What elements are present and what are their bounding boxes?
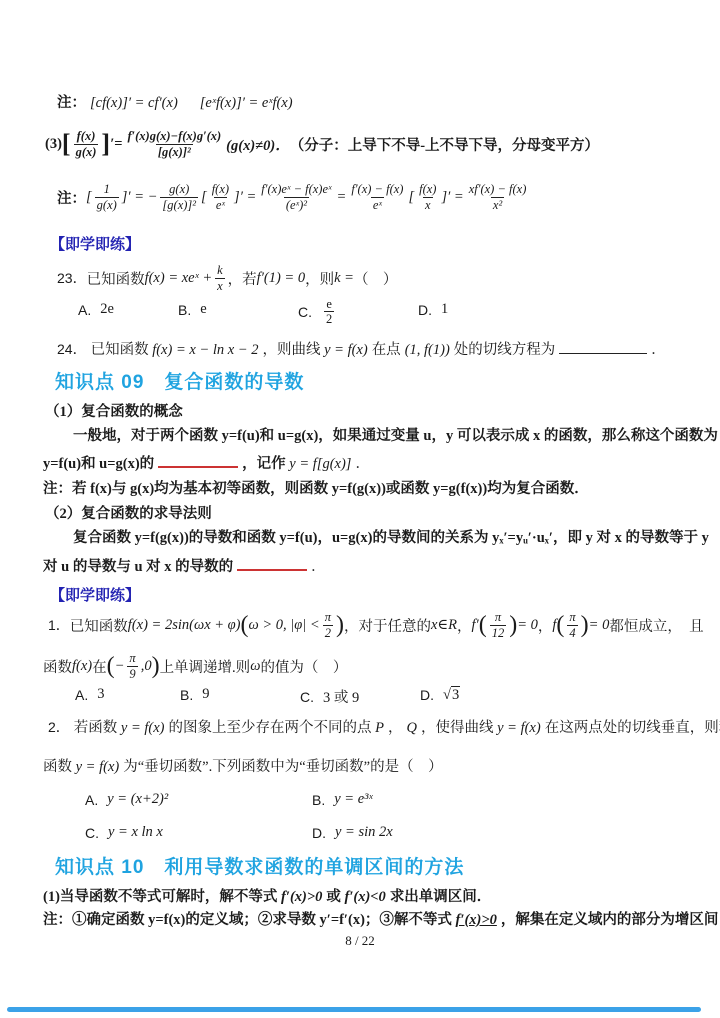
- kp09-subheading-1: （1）复合函数的概念: [45, 400, 183, 421]
- option-label: B.: [180, 687, 193, 703]
- option-c: C. 3 或 9: [300, 686, 359, 707]
- mnemonic-remark: （分子：上导下不导-上不导下导，分母变平方）: [290, 134, 599, 155]
- option-d: D. √ 3: [420, 686, 460, 704]
- document-page: 注： [cf(x)]′ = cf′(x) [eˣf(x)]′ = eˣf(x) …: [0, 0, 720, 1018]
- fill-in-blank: [237, 554, 307, 571]
- point-p: P: [375, 720, 384, 736]
- curve-formula: y = f(x): [121, 720, 165, 736]
- question-text: 在点: [372, 342, 401, 358]
- fraction-numerator: f′(x) − f(x): [349, 182, 405, 196]
- fraction-one-over-g: 1 g(x): [95, 182, 119, 212]
- option-value: y = e³ˣ: [334, 791, 372, 808]
- question-text: 已知函数: [87, 268, 145, 289]
- question-text: 处的切线方程为: [454, 342, 556, 358]
- fraction-numerator: xf′(x) − f(x): [467, 182, 529, 196]
- fraction-numerator: f′(x)eˣ − f(x)eˣ: [259, 182, 333, 196]
- fraction-k-over-x: k x: [215, 263, 225, 293]
- fraction-g-over-gsq: g(x) [g(x)]²: [160, 182, 198, 212]
- fraction-pi-over-4: π 4: [567, 610, 577, 640]
- question-text: ，若: [228, 268, 257, 289]
- inequality-positive: f′(x)>0: [281, 889, 322, 905]
- fraction-f-over-x: f(x) x: [417, 182, 438, 212]
- fraction-denominator: (eˣ)²: [284, 197, 309, 212]
- option-label: C.: [300, 689, 314, 705]
- kp09-paragraph2-line2: 对 u 的导数与 u 对 x 的导数的 ．: [43, 554, 326, 576]
- option-value: y = x ln x: [108, 824, 163, 841]
- formula-exp-product: [eˣf(x)]′ = eˣf(x): [200, 95, 293, 112]
- option-value: 9: [202, 686, 209, 703]
- big-paren-open: (: [107, 654, 115, 678]
- composite-notation: y = f[g(x)]: [289, 456, 351, 472]
- curve-formula: y = f(x): [324, 342, 368, 358]
- fraction-numerator: π: [127, 651, 137, 665]
- quotient-rule-formula: (3) [ f(x) g(x) ] ′= f′(x)g(x)−f(x)g′(x)…: [45, 120, 599, 168]
- option-a: A. 2e: [78, 301, 114, 318]
- fraction-numerator: f′(x)g(x)−f(x)g′(x): [125, 129, 223, 143]
- paragraph-text: 对 u 的导数与 u 对 x 的导数的: [43, 559, 233, 575]
- comma: ，: [538, 615, 553, 636]
- note-label: 注：: [57, 95, 86, 111]
- point-q: Q: [407, 720, 417, 736]
- option-label: D.: [418, 302, 432, 318]
- fraction-numerator: 1: [102, 182, 112, 196]
- period: ．: [651, 342, 666, 358]
- note-label: 注：: [57, 187, 86, 208]
- close-equals: ]′ =: [441, 189, 463, 206]
- question-text: 都恒成立， 且: [609, 615, 703, 636]
- question-23-options: A. 2e B. e C. e 2 D. 1: [0, 301, 720, 335]
- question-2-line2: 函数 y = f(x) 为“垂切函数”.下列函数中为“垂切函数”的是（ ）: [43, 755, 443, 776]
- fraction-numerator: π: [567, 610, 577, 624]
- note-text: ，解集在定义域内的部分为增区间；: [501, 912, 720, 928]
- question-text: ，则曲线: [262, 342, 324, 358]
- fraction-numerator: π: [493, 610, 503, 624]
- option-value: 3: [97, 686, 104, 703]
- underlined-inequality: f′(x)>0: [456, 912, 497, 928]
- fraction-denominator: [g(x)]²: [156, 144, 193, 159]
- question-text: 在这两点处的切线垂直，则称: [545, 720, 720, 736]
- fraction-denominator: 9: [127, 666, 137, 681]
- option-value: 3 或 9: [323, 686, 359, 707]
- option-label: B.: [178, 302, 191, 318]
- formula-constant-multiple: [cf(x)]′ = cf′(x): [90, 95, 178, 111]
- fraction-f-over-ex: f(x) eˣ: [210, 182, 231, 212]
- kp09-paragraph1-line2: y=f(u)和 u=g(x)的 ，记作 y = f[g(x)] ．: [43, 451, 370, 473]
- period: ．: [311, 559, 326, 575]
- x-in-reals: x∈R: [431, 617, 457, 634]
- big-paren-open: (: [556, 613, 564, 637]
- open-bracket: [: [201, 189, 207, 206]
- open-bracket: [: [86, 189, 92, 206]
- fraction-denominator: 2: [324, 311, 334, 326]
- product-rule-note: 注： [cf(x)]′ = cf′(x) [eˣf(x)]′ = eˣf(x): [57, 86, 293, 112]
- sine-function: f(x) = 2sin(ωx + φ): [128, 617, 241, 634]
- question-24: 24． 已知函数 f(x) = x − ln x − 2 ，则曲线 y = f(…: [57, 338, 666, 359]
- option-label: C.: [85, 825, 99, 841]
- function-formula: f(x) = xeˣ +: [145, 270, 213, 287]
- condition-g-nonzero: (g(x)≠0)．: [226, 134, 290, 155]
- curve-formula: y = f(x): [497, 720, 541, 736]
- question-text: 已知函数: [70, 615, 128, 636]
- question-text: 函数: [43, 759, 76, 775]
- k-equals: k =: [334, 270, 354, 287]
- period: ．: [355, 456, 370, 472]
- fraction-numerator: f(x): [210, 182, 231, 196]
- big-paren-open: (: [479, 613, 487, 637]
- answer-parentheses: （ ）: [354, 268, 398, 289]
- question-text: ，使得曲线: [421, 720, 497, 736]
- inequality-negative: f′(x)<0: [344, 889, 385, 905]
- option-label: C.: [298, 304, 312, 320]
- fraction-xf-rule: xf′(x) − f(x) x²: [467, 182, 529, 212]
- fraction-numerator: f(x): [417, 182, 438, 196]
- option-a: A. y = (x+2)²: [85, 791, 168, 808]
- kp10-note-line: 注：①确定函数 y=f(x)的定义域；②求导数 y′=f′(x)；③解不等式 f…: [43, 908, 720, 929]
- question-text: ，则: [305, 268, 334, 289]
- page-number: 8 / 22: [0, 933, 720, 949]
- question-1-options: A. 3 B. 9 C. 3 或 9 D. √ 3: [0, 686, 720, 712]
- function-formula: f(x) = x − ln x − 2: [152, 342, 258, 358]
- question-text: 的图象上至少存在两个不同的点: [169, 720, 376, 736]
- rule-index: (3): [45, 136, 62, 153]
- question-text: 为“垂切函数”.下列函数中为“垂切函数”的是（ ）: [123, 759, 442, 775]
- question-number: 24．: [57, 341, 87, 357]
- fraction-denominator: 2: [323, 625, 333, 640]
- equals-sign: =: [337, 189, 347, 206]
- option-label: A.: [78, 302, 91, 318]
- fraction-e-over-2: e 2: [324, 297, 334, 327]
- option-value: e: [200, 301, 206, 318]
- comma: ，: [388, 720, 403, 736]
- option-value: 2e: [100, 301, 114, 318]
- kp09-paragraph2-line1: 复合函数 y=f(g(x))的导数和函数 y=f(u)，u=g(x)的导数间的关…: [73, 526, 709, 547]
- option-label: A.: [85, 792, 98, 808]
- big-paren-open: (: [241, 613, 249, 637]
- option-b: B. y = e³ˣ: [312, 791, 373, 808]
- question-text: 若函数: [74, 720, 121, 736]
- big-paren-close: ): [509, 613, 517, 637]
- fraction-denominator: 4: [567, 625, 577, 640]
- open-bracket: [: [408, 189, 414, 206]
- fraction-denominator: 12: [490, 625, 507, 640]
- fraction-denominator: eˣ: [371, 197, 384, 212]
- question-text: 已知函数: [91, 342, 153, 358]
- method-text: 求出单调区间．: [390, 889, 492, 905]
- answer-blank: [559, 338, 647, 354]
- option-d: D. 1: [418, 301, 448, 318]
- interval-end: ,0: [141, 658, 152, 675]
- close-equals: ]′ =: [234, 189, 256, 206]
- kp10-heading: 知识点 10 利用导数求函数的单调区间的方法: [55, 852, 464, 879]
- fraction-denominator: x: [215, 278, 225, 293]
- question-number: 1．: [48, 615, 70, 635]
- option-label: D.: [312, 825, 326, 841]
- option-c: C. e 2: [298, 297, 337, 327]
- derivative-condition: f′(1) = 0: [257, 270, 305, 287]
- option-d: D. y = sin 2x: [312, 824, 393, 841]
- fraction-denominator: g(x): [95, 197, 119, 212]
- option-label: D.: [420, 687, 434, 703]
- option-label: B.: [312, 792, 325, 808]
- fraction-numerator: k: [215, 263, 225, 277]
- close-equals: ]′ = −: [122, 189, 158, 206]
- question-text: ，对于任意的: [344, 615, 431, 636]
- omega-symbol: ω: [250, 658, 260, 675]
- radical-sign: √: [443, 687, 451, 704]
- fraction-simplified: f′(x) − f(x) eˣ: [349, 182, 405, 212]
- method-text: 或: [326, 889, 344, 905]
- horizontal-scrollbar[interactable]: [7, 1007, 701, 1012]
- note-text: 注：①确定函数 y=f(x)的定义域；②求导数 y′=f′(x)；③解不等式: [43, 912, 456, 928]
- big-paren-close: ): [336, 613, 344, 637]
- radicand: 3: [451, 686, 460, 704]
- kp09-subheading-2: （2）复合函数的求导法则: [45, 502, 212, 523]
- fill-in-blank: [158, 451, 238, 468]
- question-text: 在: [92, 656, 107, 677]
- kp09-note: 注：若 f(x)与 g(x)均为基本初等函数，则函数 y=f(g(x))或函数 …: [43, 477, 589, 498]
- option-b: B. 9: [180, 686, 209, 703]
- fraction-denominator: x²: [491, 197, 504, 212]
- fraction-numerator: π: [323, 610, 333, 624]
- point-coordinates: (1, f(1)): [405, 342, 450, 358]
- reciprocal-rule-note: 注： [ 1 g(x) ]′ = − g(x) [g(x)]² [ f(x) e…: [57, 174, 531, 220]
- right-bracket: ]: [101, 131, 110, 157]
- fraction-expanded: f′(x)eˣ − f(x)eˣ (eˣ)²: [259, 182, 333, 212]
- minus-sign: −: [115, 658, 125, 675]
- fraction-f-over-g: f(x) g(x): [74, 129, 99, 159]
- fraction-quotient-rule: f′(x)g(x)−f(x)g′(x) [g(x)]²: [125, 129, 223, 159]
- question-number: 2．: [48, 719, 70, 735]
- paragraph-text: y=f(u)和 u=g(x)的: [43, 456, 154, 472]
- fraction-numerator: g(x): [167, 182, 191, 196]
- fraction-denominator: eˣ: [214, 197, 227, 212]
- kp10-method-line: (1)当导函数不等式可解时，解不等式 f′(x)>0 或 f′(x)<0 求出单…: [43, 885, 491, 906]
- question-2-options-row1: A. y = (x+2)² B. y = e³ˣ: [0, 791, 720, 815]
- fraction-pi-over-9: π 9: [127, 651, 137, 681]
- question-23: 23． 已知函数 f(x) = xeˣ + k x ，若 f′(1) = 0 ，…: [57, 260, 397, 296]
- fraction-denominator: g(x): [74, 144, 99, 159]
- answer-parentheses: 的值为（ ）: [260, 656, 347, 677]
- question-number: 23．: [57, 268, 87, 288]
- comma: ，: [457, 615, 472, 636]
- curve-formula: y = f(x): [76, 759, 120, 775]
- practice-header-2: 【即学即练】: [50, 584, 140, 605]
- left-bracket: [: [62, 131, 71, 157]
- option-label: A.: [75, 687, 88, 703]
- fraction-pi-over-2: π 2: [323, 610, 333, 640]
- kp09-heading: 知识点 09 复合函数的导数: [55, 367, 304, 394]
- fraction-pi-over-12: π 12: [490, 610, 507, 640]
- fraction-denominator: [g(x)]²: [160, 197, 198, 212]
- big-paren-close: ): [152, 654, 160, 678]
- parameter-constraints: ω > 0, |φ| <: [249, 617, 320, 634]
- fraction-numerator: e: [324, 297, 334, 311]
- fraction-numerator: f(x): [75, 129, 98, 143]
- option-b: B. e: [178, 301, 207, 318]
- practice-header-1: 【即学即练】: [50, 233, 140, 254]
- prime-equals: ′=: [110, 136, 122, 153]
- derivative-symbol: f′: [472, 617, 479, 634]
- equals-zero: = 0: [589, 617, 610, 634]
- question-2-options-row2: C. y = x ln x D. y = sin 2x: [0, 824, 720, 848]
- equals-zero: = 0: [517, 617, 538, 634]
- option-value: 1: [441, 301, 448, 318]
- question-1-line1: 1． 已知函数 f(x) = 2sin(ωx + φ) ( ω > 0, |φ|…: [48, 603, 704, 647]
- option-c: C. y = x ln x: [85, 824, 163, 841]
- function-symbol: f(x): [72, 658, 92, 675]
- option-value: y = sin 2x: [335, 824, 393, 841]
- method-text: (1)当导函数不等式可解时，解不等式: [43, 889, 281, 905]
- paragraph-text: ，记作: [242, 456, 289, 472]
- option-value: y = (x+2)²: [107, 791, 168, 808]
- question-text: 上单调递增.则: [160, 656, 251, 677]
- big-paren-close: ): [581, 613, 589, 637]
- fraction-denominator: x: [423, 197, 433, 212]
- option-a: A. 3: [75, 686, 104, 703]
- question-1-line2: 函数 f(x) 在 ( − π 9 ,0 ) 上单调递增.则 ω 的值为（ ）: [43, 646, 347, 686]
- question-2-line1: 2． 若函数 y = f(x) 的图象上至少存在两个不同的点 P ， Q ，使得…: [48, 716, 720, 737]
- question-text: 函数: [43, 656, 72, 677]
- kp09-paragraph1-line1: 一般地，对于两个函数 y=f(u)和 u=g(x)，如果通过变量 u，y 可以表…: [73, 424, 718, 445]
